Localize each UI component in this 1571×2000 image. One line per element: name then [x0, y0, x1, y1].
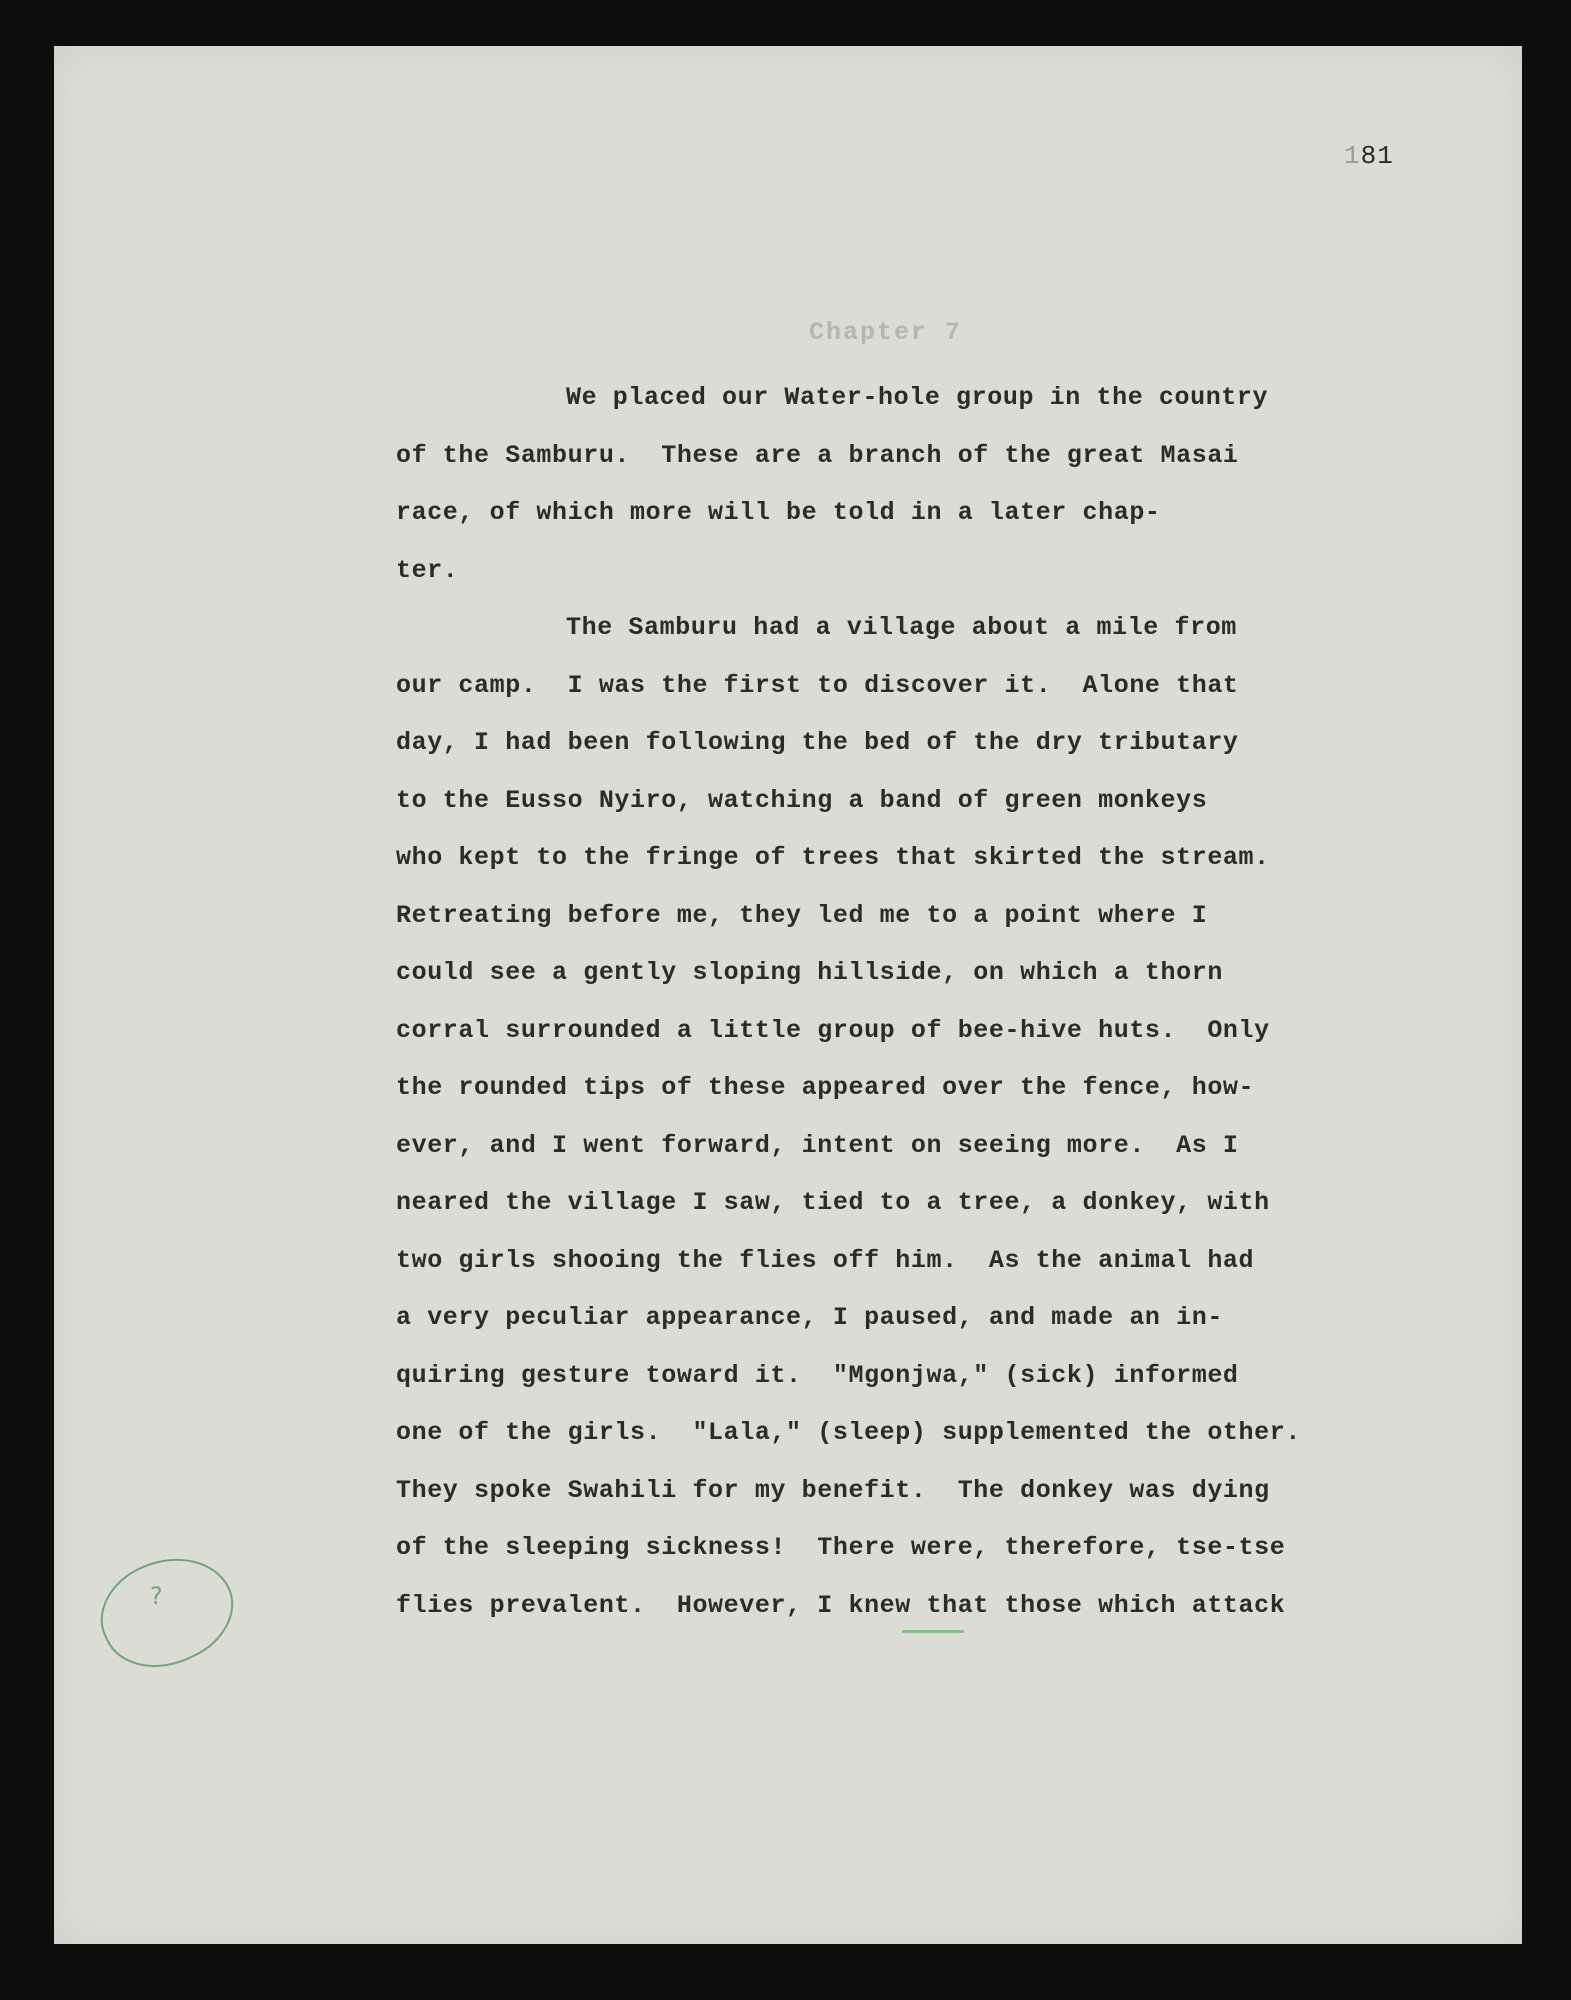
- text-line: of the sleeping sickness! There were, th…: [396, 1528, 1396, 1586]
- page-number: 181: [1344, 141, 1394, 171]
- margin-annotation-mark: ?: [150, 1582, 163, 1610]
- text-line: a very peculiar appearance, I paused, an…: [396, 1298, 1396, 1356]
- text-line: Retreating before me, they led me to a p…: [396, 896, 1396, 954]
- body-text: We placed our Water-hole group in the co…: [396, 378, 1396, 1643]
- text-line: to the Eusso Nyiro, watching a band of g…: [396, 781, 1396, 839]
- text-line: ter.: [396, 551, 1396, 609]
- text-line: neared the village I saw, tied to a tree…: [396, 1183, 1396, 1241]
- text-line: The Samburu had a village about a mile f…: [396, 608, 1396, 666]
- text-line: corral surrounded a little group of bee-…: [396, 1011, 1396, 1069]
- text-line: our camp. I was the first to discover it…: [396, 666, 1396, 724]
- text-line: one of the girls. "Lala," (sleep) supple…: [396, 1413, 1396, 1471]
- text-line: day, I had been following the bed of the…: [396, 723, 1396, 781]
- green-underline-mark: [902, 1630, 964, 1633]
- text-line: could see a gently sloping hillside, on …: [396, 953, 1396, 1011]
- text-line: two girls shooing the flies off him. As …: [396, 1241, 1396, 1299]
- page-number-faint-digit: 1: [1344, 141, 1361, 171]
- text-line: They spoke Swahili for my benefit. The d…: [396, 1471, 1396, 1529]
- text-line: the rounded tips of these appeared over …: [396, 1068, 1396, 1126]
- text-line: ever, and I went forward, intent on seei…: [396, 1126, 1396, 1184]
- text-line: flies prevalent. However, I knew that th…: [396, 1586, 1396, 1644]
- text-line: of the Samburu. These are a branch of th…: [396, 436, 1396, 494]
- chapter-heading: Chapter 7: [809, 318, 962, 347]
- page-number-digits: 81: [1361, 141, 1394, 171]
- text-line: who kept to the fringe of trees that ski…: [396, 838, 1396, 896]
- text-line: race, of which more will be told in a la…: [396, 493, 1396, 551]
- text-line: quiring gesture toward it. "Mgonjwa," (s…: [396, 1356, 1396, 1414]
- text-line: We placed our Water-hole group in the co…: [396, 378, 1396, 436]
